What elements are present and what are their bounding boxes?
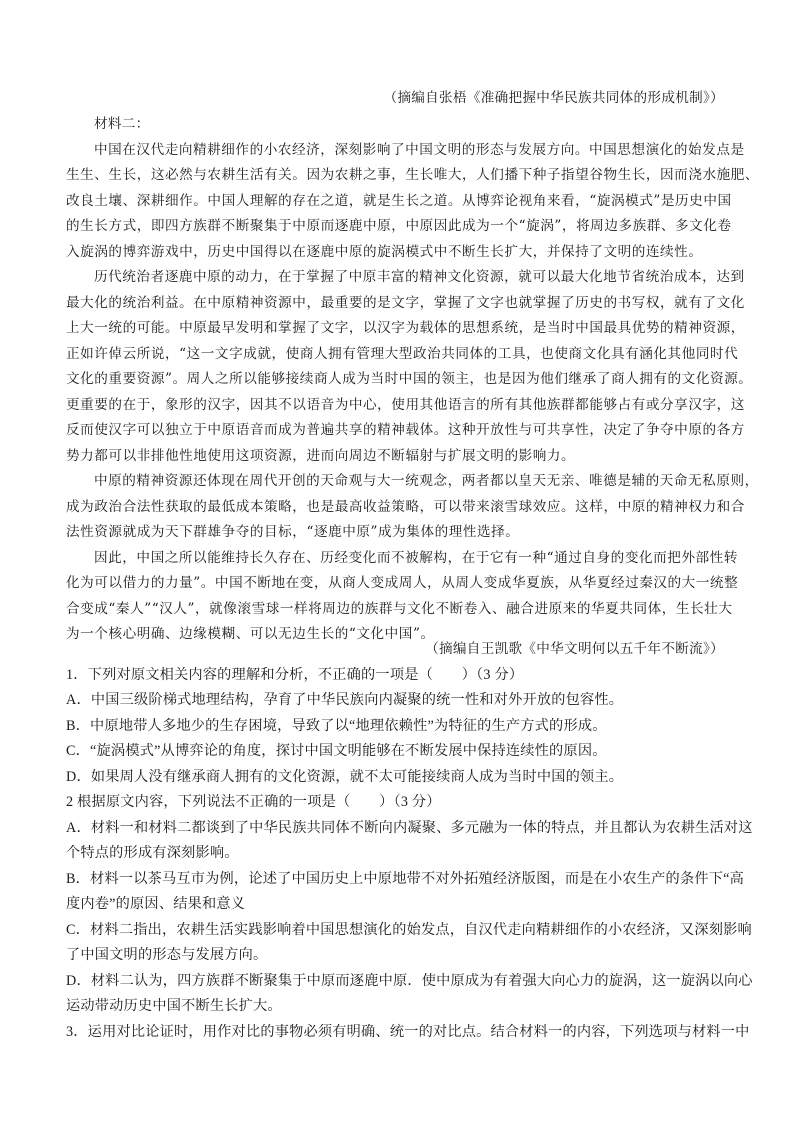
material-two-label: 材料二：: [94, 115, 730, 133]
question-2-option-d: D．材料二认为，四方族群不断聚集于中原而逐鹿中原．使中原成为有着强大向心力的旋涡…: [66, 972, 730, 990]
paragraph-line: 改良土壤、深耕细作。中国人理解的存在之道，就是生长之道。从博弈论视角来看，“旋涡…: [66, 192, 730, 210]
paragraph-line: 正如许倬云所说，“这一文字成就，使商人拥有管理大型政治共同体的工具，也使商文化具…: [66, 345, 730, 363]
question-2-option-d-cont: 运动带动历史中国不断生长扩大。: [66, 997, 730, 1015]
question-1-option-a: A．中国三级阶梯式地理结构，孕育了中华民族向内凝聚的统一性和对外开放的包容性。: [66, 691, 730, 709]
exam-page: （摘编自张梧《准确把握中华民族共同体的形成机制》） 材料二： 中国在汉代走向精耕…: [0, 0, 794, 1122]
question-1-stem: 1．下列对原文相关内容的理解和分析，不正确的一项是（ ）（3 分）: [66, 666, 730, 684]
material-two-citation: （摘编自王凯歌《中华文明何以五千年不断流》）: [425, 640, 724, 658]
question-1-option-d: D．如果周人没有继承商人拥有的文化资源，就不太可能接续商人成为当时中国的领主。: [66, 768, 730, 786]
paragraph-line: 更重要的在于，象形的汉字，因其不以语音为中心，使用其他语言的所有其他族群都能够占…: [66, 396, 730, 414]
paragraph-line: 生生、生长，这必然与农耕生活有关。因为农耕之事，生长唯大，人们播下种子指望谷物生…: [66, 166, 730, 184]
material-one-citation: （摘编自张梧《准确把握中华民族共同体的形成机制》）: [383, 89, 724, 107]
question-2-stem: 2 根据原文内容，下列说法不正确的一项是（ ）（3 分）: [66, 793, 730, 811]
question-2-option-a-cont: 个特点的形成有深刻影响。: [66, 844, 730, 862]
paragraph-line: 化为可以借力的力量”。中国不断地在变，从商人变成周人，从周人变成华夏族，从华夏经…: [66, 574, 730, 592]
paragraph-line: 文化的重要资源”。周人之所以能够接续商人成为当时中国的领主，也是因为他们继承了商…: [66, 370, 730, 388]
paragraph-line: 中原的精神资源还体现在周代开创的天命观与大一统观念，两者都以皇天无亲、唯德是辅的…: [94, 472, 730, 490]
question-2-option-b-cont: 度内卷”的原因、结果和意义: [66, 895, 730, 913]
paragraph-line: 成为政治合法性获取的最低成本策略，也是最高收益策略，可以带来滚雪球效应。这样，中…: [66, 498, 730, 516]
paragraph-line: 中国在汉代走向精耕细作的小农经济，深刻影响了中国文明的形态与发展方向。中国思想演…: [94, 141, 730, 159]
paragraph-line: 的生长方式，即四方族群不断聚集于中原而逐鹿中原，中原因此成为一个“旋涡”，将周边…: [66, 217, 730, 235]
paragraph-line: 因此，中国之所以能维持长久存在、历经变化而不被解构，在于它有一种“通过自身的变化…: [94, 549, 730, 567]
paragraph-line: 势力都可以非排他性地使用这项资源，进而向周边不断辐射与扩展文明的影响力。: [66, 447, 730, 465]
paragraph-line: 最大化的统治利益。在中原精神资源中，最重要的是文字，掌握了文字也就掌握了历史的书…: [66, 294, 730, 312]
question-2-option-a: A．材料一和材料二都谈到了中华民族共同体不断向内凝聚、多元融为一体的特点，并且都…: [66, 819, 730, 837]
paragraph-line: 合变成“秦人”“汉人”，就像滚雪球一样将周边的族群与文化不断卷入、融合进原来的华…: [66, 600, 730, 618]
question-2-option-c-cont: 了中国文明的形态与发展方向。: [66, 946, 730, 964]
paragraph-line: 历代统治者逐鹿中原的动力，在于掌握了中原丰富的精神文化资源，就可以最大化地节省统…: [94, 268, 730, 286]
question-2-option-b: B．材料一以茶马互市为例，论述了中国历史上中原地带不对外拓殖经济版图，而是在小农…: [66, 870, 730, 888]
paragraph-line: 反而使汉字可以独立于中原语音而成为普遍共享的精神载体。这种开放性与可共享性，决定…: [66, 421, 730, 439]
question-2-option-c: C．材料二指出，农耕生活实践影响着中国思想演化的始发点，自汉代走向精耕细作的小农…: [66, 921, 730, 939]
question-1-option-c: C．“旋涡模式”从博弈论的角度，探讨中国文明能够在不断发展中保持连续性的原因。: [66, 742, 730, 760]
question-3-stem: 3．运用对比论证时，用作对比的事物必须有明确、统一的对比点。结合材料一的内容，下…: [66, 1023, 730, 1041]
paragraph-line: 上大一统的可能。中原最早发明和掌握了文字，以汉字为载体的思想系统，是当时中国最具…: [66, 319, 730, 337]
question-1-option-b: B．中原地带人多地少的生存困境，导致了以“地理依赖性”为特征的生产方式的形成。: [66, 717, 730, 735]
paragraph-line: 入旋涡的博弈游戏中，历史中国得以在逐鹿中原的旋涡模式中不断生长扩大，并保持了文明…: [66, 243, 730, 261]
paragraph-line: 法性资源就成为天下群雄争夺的目标，“逐鹿中原”成为集体的理性选择。: [66, 523, 730, 541]
